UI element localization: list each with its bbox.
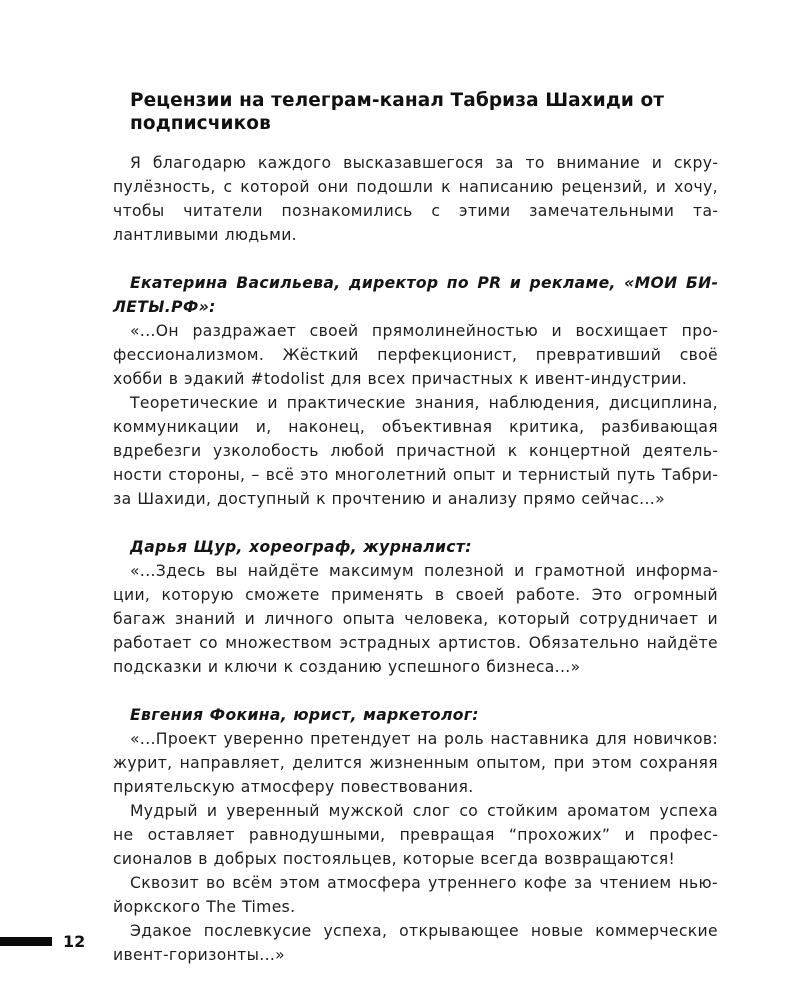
review-paragraph: «...Здесь вы найдёте максимум полезной и… xyxy=(113,559,718,679)
page-content: Я благодарю каждого высказавшегося за то… xyxy=(113,151,718,991)
review-paragraph: «...Проект уверенно претендует на роль н… xyxy=(113,727,718,799)
review-shchur: Дарья Щур, хореограф, журналист: «...Зде… xyxy=(113,535,718,679)
review-paragraph: Мудрый и уверенный мужской слог со стойк… xyxy=(113,799,718,871)
page-number: 12 xyxy=(63,932,85,951)
footer-decorative-bar xyxy=(0,937,52,946)
review-fokina: Евгения Фокина, юрист, маркетолог: «...П… xyxy=(113,703,718,967)
review-author: Дарья Щур, хореограф, журналист: xyxy=(113,535,718,559)
review-paragraph: Теоретические и практические знания, наб… xyxy=(113,391,718,511)
review-vasilieva: Екатерина Васильева, директор по PR и ре… xyxy=(113,271,718,511)
page-title: Рецензии на телеграм-канал Табриза Шахид… xyxy=(130,89,690,135)
page-footer: 12 xyxy=(0,931,85,951)
intro-paragraph: Я благодарю каждого высказавшегося за то… xyxy=(113,151,718,247)
review-author: Екатерина Васильева, директор по PR и ре… xyxy=(113,271,718,319)
review-paragraph: Сквозит во всём этом атмосфера утреннего… xyxy=(113,871,718,919)
review-paragraph: Эдакое послевкусие успеха, открывающее н… xyxy=(113,919,718,967)
review-paragraph: «...Он раздражает своей прямолинейностью… xyxy=(113,319,718,391)
review-author: Евгения Фокина, юрист, маркетолог: xyxy=(113,703,718,727)
